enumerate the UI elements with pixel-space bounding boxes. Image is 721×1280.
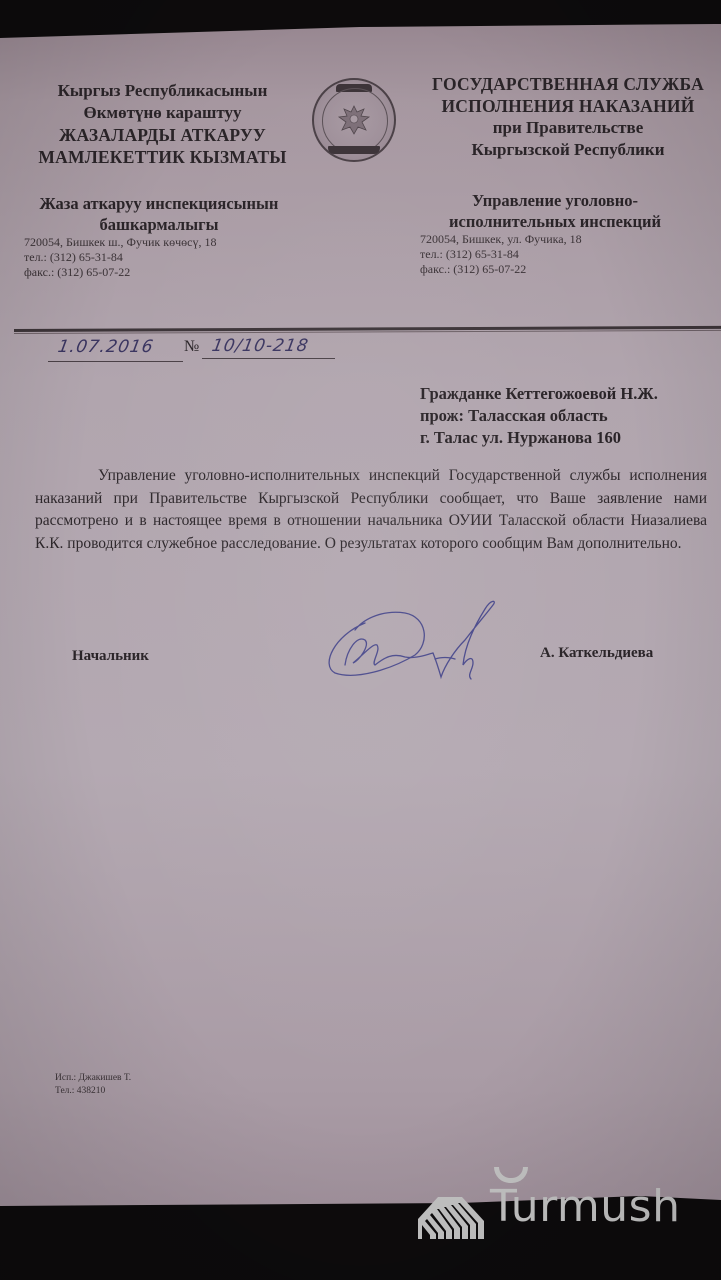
date-underline xyxy=(48,361,183,362)
letterhead-right-line: ИСПОЛНЕНИЯ НАКАЗАНИЙ xyxy=(418,95,718,117)
letterhead-left: Кыргыз Республикасынын Өкмөтүнө караштуу… xyxy=(20,80,305,168)
letterhead-left-line: МАМЛЕКЕТТИК КЫЗМАТЫ xyxy=(20,146,305,168)
address-left: 720054, Бишкек ш., Фучик көчөсү, 18 xyxy=(24,235,324,250)
letter-body: Управление уголовно-исполнительных инспе… xyxy=(35,465,707,555)
letterhead-left-line: ЖАЗАЛАРДЫ АТКАРУУ xyxy=(20,124,305,146)
handwritten-signature-icon xyxy=(315,595,515,685)
number-underline xyxy=(202,358,335,359)
addressee-block: Гражданке Кеттегожоевой Н.Ж. прож: Талас… xyxy=(420,383,720,449)
letterhead-right-line: ГОСУДАРСТВЕННАЯ СЛУЖБА xyxy=(418,73,718,95)
addressee-name: Гражданке Кеттегожоевой Н.Ж. xyxy=(420,383,720,405)
watermark-label: Turmush xyxy=(490,1181,680,1232)
fax-left: факс.: (312) 65-07-22 xyxy=(24,265,324,280)
letterhead-right-line: Кыргызской Республики xyxy=(418,139,718,161)
number-sign: № xyxy=(184,338,199,356)
handwritten-reference-number: 10/10-218 xyxy=(210,336,334,356)
house-logo-icon xyxy=(418,1197,486,1239)
department-left-title: Жаза аткаруу инспекциясынын xyxy=(24,193,294,214)
department-right-title: Управление уголовно- xyxy=(420,190,690,211)
addressee-region: прож: Таласская область xyxy=(420,405,720,427)
department-left-title: башкармалыгы xyxy=(24,214,294,235)
phone-left: тел.: (312) 65-31-84 xyxy=(24,250,324,265)
address-right: 720054, Бишкек, ул. Фучика, 18 xyxy=(420,232,720,247)
executor-info: Исп.: Джакишев Т. Тел.: 438210 xyxy=(55,1072,131,1098)
falcon-icon xyxy=(334,100,374,140)
letterhead-left-line: Кыргыз Республикасынын xyxy=(20,80,305,102)
letterhead-right: ГОСУДАРСТВЕННАЯ СЛУЖБА ИСПОЛНЕНИЯ НАКАЗА… xyxy=(418,73,718,161)
department-right-title: исполнительных инспекций xyxy=(420,211,690,232)
letterhead-left-line: Өкмөтүнө караштуу xyxy=(20,102,305,124)
executor-name: Исп.: Джакишев Т. xyxy=(55,1072,131,1085)
handwritten-date: 1.07.2016 xyxy=(56,337,190,357)
signatory-name: А. Каткельдиева xyxy=(540,645,653,662)
emblem-band-bottom xyxy=(328,146,380,154)
signatory-title: Начальник xyxy=(72,648,149,665)
department-left: Жаза аткаруу инспекциясынын башкармалыгы… xyxy=(24,193,324,280)
department-right: Управление уголовно- исполнительных инсп… xyxy=(420,190,720,277)
letterhead-right-line: при Правительстве xyxy=(418,117,718,139)
fax-right: факс.: (312) 65-07-22 xyxy=(420,262,720,277)
watermark-text: Turmush xyxy=(490,1185,680,1229)
phone-right: тел.: (312) 65-31-84 xyxy=(420,247,720,262)
executor-phone: Тел.: 438210 xyxy=(55,1085,131,1098)
document-paper: Кыргыз Республикасынын Өкмөтүнө караштуу… xyxy=(0,0,721,1280)
turmush-watermark: Turmush xyxy=(418,1183,680,1239)
state-emblem-icon xyxy=(312,78,396,162)
addressee-street: г. Талас ул. Нуржанова 160 xyxy=(420,427,720,449)
